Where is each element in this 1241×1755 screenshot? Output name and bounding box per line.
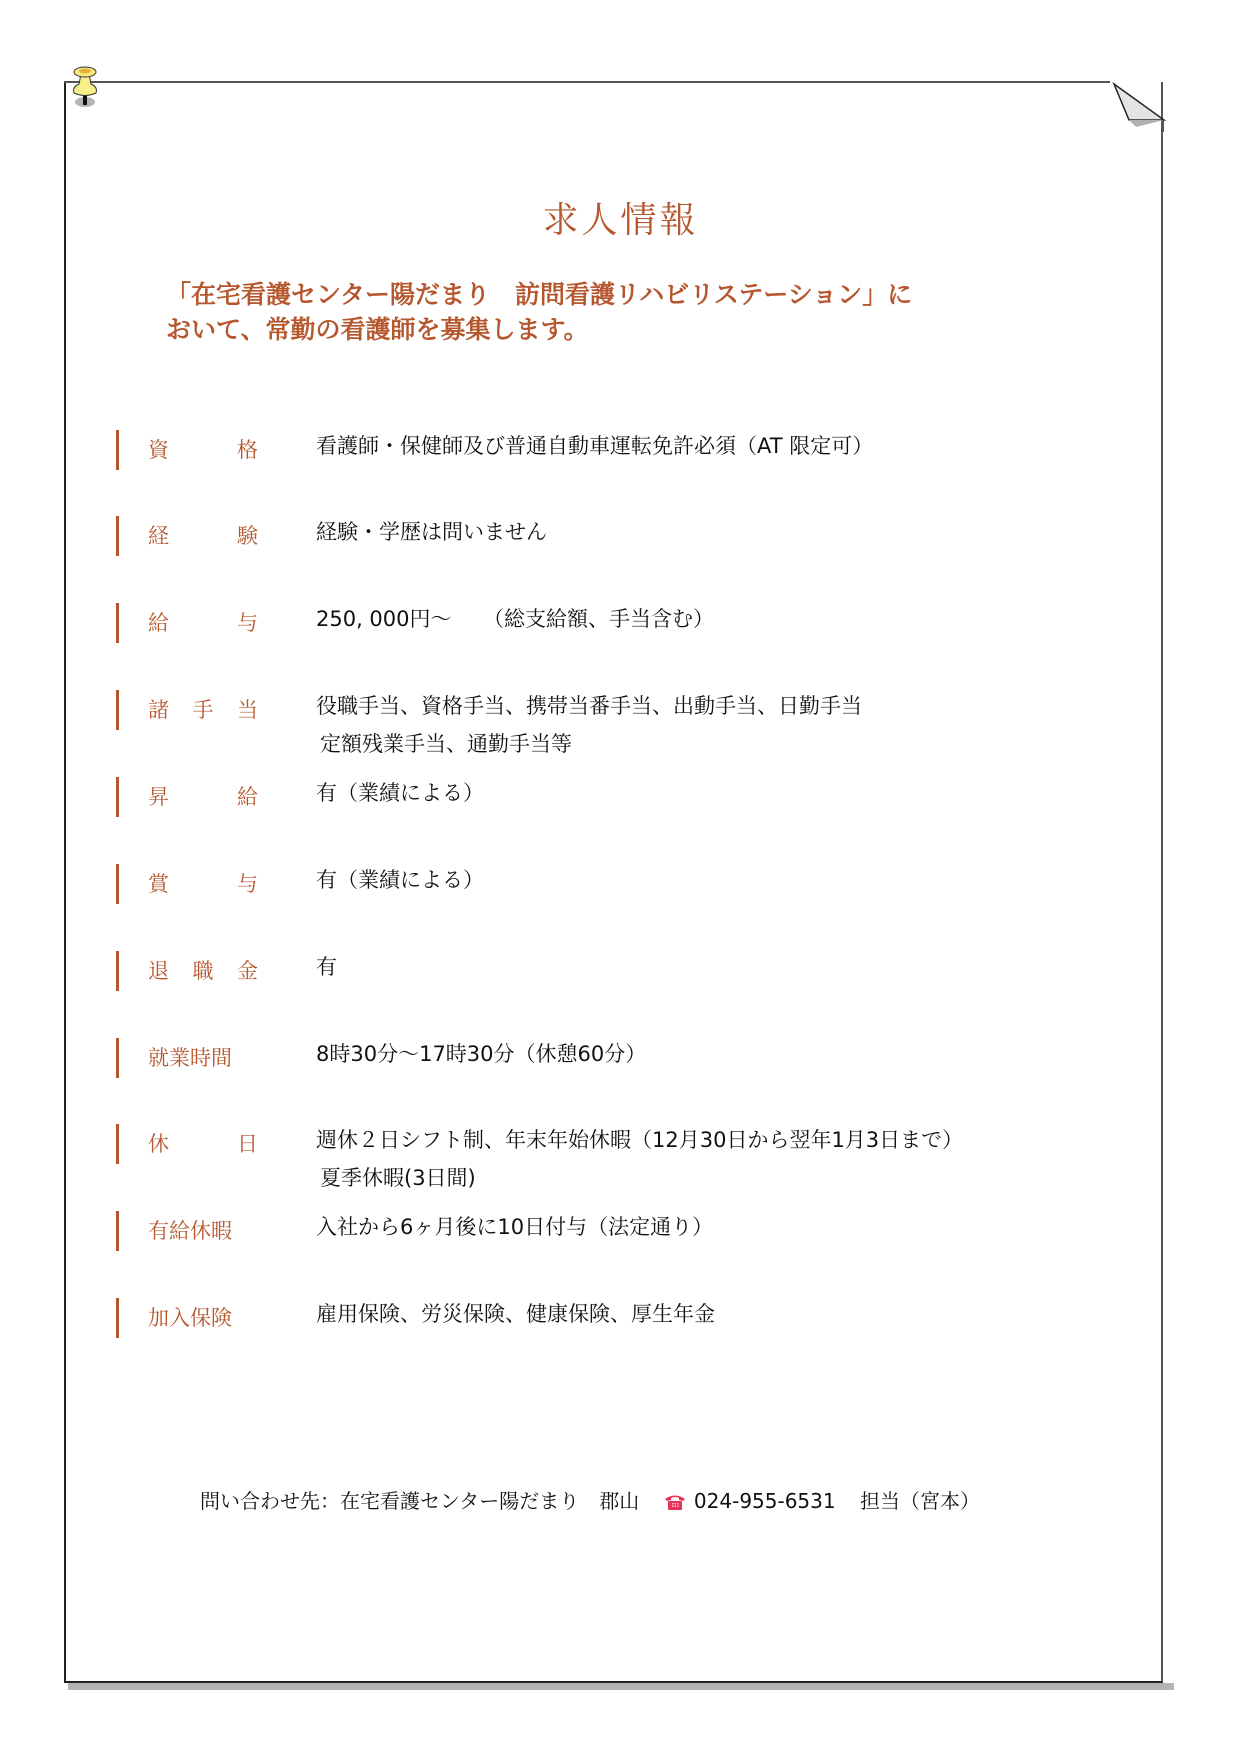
row-accent-bar <box>116 690 119 730</box>
row-label-text: 諸 <box>148 694 169 724</box>
paper-top-edge <box>64 81 1110 83</box>
page-title: 求人情報 <box>0 192 1241 243</box>
row-value: 250, 000円～ （総支給額、手当含む） <box>316 600 714 638</box>
row-label: 経験 <box>148 520 258 550</box>
row-value-line: 有（業績による） <box>316 774 484 812</box>
row-value-line: 雇用保険、労災保険、健康保険、厚生年金 <box>316 1295 715 1333</box>
row-value: 看護師・保健師及び普通自動車運転免許必須（AT 限定可） <box>316 427 873 465</box>
row-value-line: 夏季休暇(3日間) <box>320 1159 963 1197</box>
contact-info: 問い合わせ先：在宅看護センター陽だまり 郡山 024-955-6531 担当（宮… <box>200 1485 980 1514</box>
intro-text: 「在宅看護センター陽だまり 訪問看護リハビリステーション」に おいて、常勤の看護… <box>166 277 912 347</box>
row-label-text: 給 <box>148 607 169 637</box>
row-value-line: 看護師・保健師及び普通自動車運転免許必須（AT 限定可） <box>316 427 873 465</box>
row-accent-bar <box>116 864 119 904</box>
paper-shadow <box>68 1683 1174 1690</box>
row-accent-bar <box>116 516 119 556</box>
row-value-line: 250, 000円～ （総支給額、手当含む） <box>316 600 714 638</box>
row-value: 経験・学歴は問いません <box>316 513 547 551</box>
row-label-text: 験 <box>237 520 258 550</box>
page-curl-icon <box>1106 80 1166 132</box>
row-value: 役職手当、資格手当、携帯当番手当、出動手当、日勤手当定額残業手当、通勤手当等 <box>316 687 862 763</box>
row-label-text: 退 <box>148 955 169 985</box>
row-label: 加入保険 <box>148 1302 258 1332</box>
row-accent-bar <box>116 430 119 470</box>
pushpin-icon <box>68 62 108 122</box>
row-value-line: 入社から6ヶ月後に10日付与（法定通り） <box>316 1208 713 1246</box>
row-label-text: 与 <box>237 868 258 898</box>
row-accent-bar <box>116 603 119 643</box>
row-label-text: 与 <box>237 607 258 637</box>
row-accent-bar <box>116 1038 119 1078</box>
row-label: 昇給 <box>148 781 258 811</box>
row-value-line: 週休２日シフト制、年末年始休暇（12月30日から翌年1月3日まで） <box>316 1121 963 1159</box>
row-label: 賞与 <box>148 868 258 898</box>
row-label-text: 資 <box>148 434 169 464</box>
intro-line: おいて、常勤の看護師を募集します。 <box>166 312 912 347</box>
row-label: 休日 <box>148 1128 258 1158</box>
row-label-text: 有給休暇 <box>148 1215 232 1245</box>
row-value: 8時30分～17時30分（休憩60分） <box>316 1035 646 1073</box>
telephone-icon <box>664 1493 686 1511</box>
row-value: 入社から6ヶ月後に10日付与（法定通り） <box>316 1208 713 1246</box>
intro-line: 「在宅看護センター陽だまり 訪問看護リハビリステーション」に <box>166 277 912 312</box>
row-label: 資格 <box>148 434 258 464</box>
row-label-text: 就業時間 <box>148 1042 232 1072</box>
row-value: 雇用保険、労災保険、健康保険、厚生年金 <box>316 1295 715 1333</box>
row-value-line: 定額残業手当、通勤手当等 <box>320 725 862 763</box>
row-accent-bar <box>116 777 119 817</box>
row-accent-bar <box>116 951 119 991</box>
row-value: 有（業績による） <box>316 861 484 899</box>
row-label: 諸手当 <box>148 694 258 724</box>
row-label: 退職金 <box>148 955 258 985</box>
row-label-text: 休 <box>148 1128 169 1158</box>
row-label-text: 給 <box>237 781 258 811</box>
row-accent-bar <box>116 1298 119 1338</box>
row-label-text: 昇 <box>148 781 169 811</box>
row-label-text: 加入保険 <box>148 1302 232 1332</box>
row-label-text: 金 <box>237 955 258 985</box>
row-value: 有（業績による） <box>316 774 484 812</box>
row-accent-bar <box>116 1124 119 1164</box>
row-label-text: 格 <box>237 434 258 464</box>
row-label: 有給休暇 <box>148 1215 258 1245</box>
row-accent-bar <box>116 1211 119 1251</box>
row-value: 週休２日シフト制、年末年始休暇（12月30日から翌年1月3日まで）夏季休暇(3日… <box>316 1121 963 1197</box>
row-label-text: 職 <box>193 955 214 985</box>
row-value-line: 経験・学歴は問いません <box>316 513 547 551</box>
row-label-text: 日 <box>237 1128 258 1158</box>
row-label: 給与 <box>148 607 258 637</box>
row-label-text: 経 <box>148 520 169 550</box>
row-value-line: 有 <box>316 948 337 986</box>
row-label: 就業時間 <box>148 1042 258 1072</box>
row-label-text: 当 <box>237 694 258 724</box>
contact-person: 担当（宮本） <box>860 1489 980 1513</box>
row-label-text: 手 <box>193 694 214 724</box>
row-value-line: 8時30分～17時30分（休憩60分） <box>316 1035 646 1073</box>
contact-prefix: 問い合わせ先：在宅看護センター陽だまり 郡山 <box>200 1489 639 1513</box>
row-value-line: 有（業績による） <box>316 861 484 899</box>
row-label-text: 賞 <box>148 868 169 898</box>
contact-phone[interactable]: 024-955-6531 <box>694 1489 836 1513</box>
row-value: 有 <box>316 948 337 986</box>
row-value-line: 役職手当、資格手当、携帯当番手当、出動手当、日勤手当 <box>316 687 862 725</box>
